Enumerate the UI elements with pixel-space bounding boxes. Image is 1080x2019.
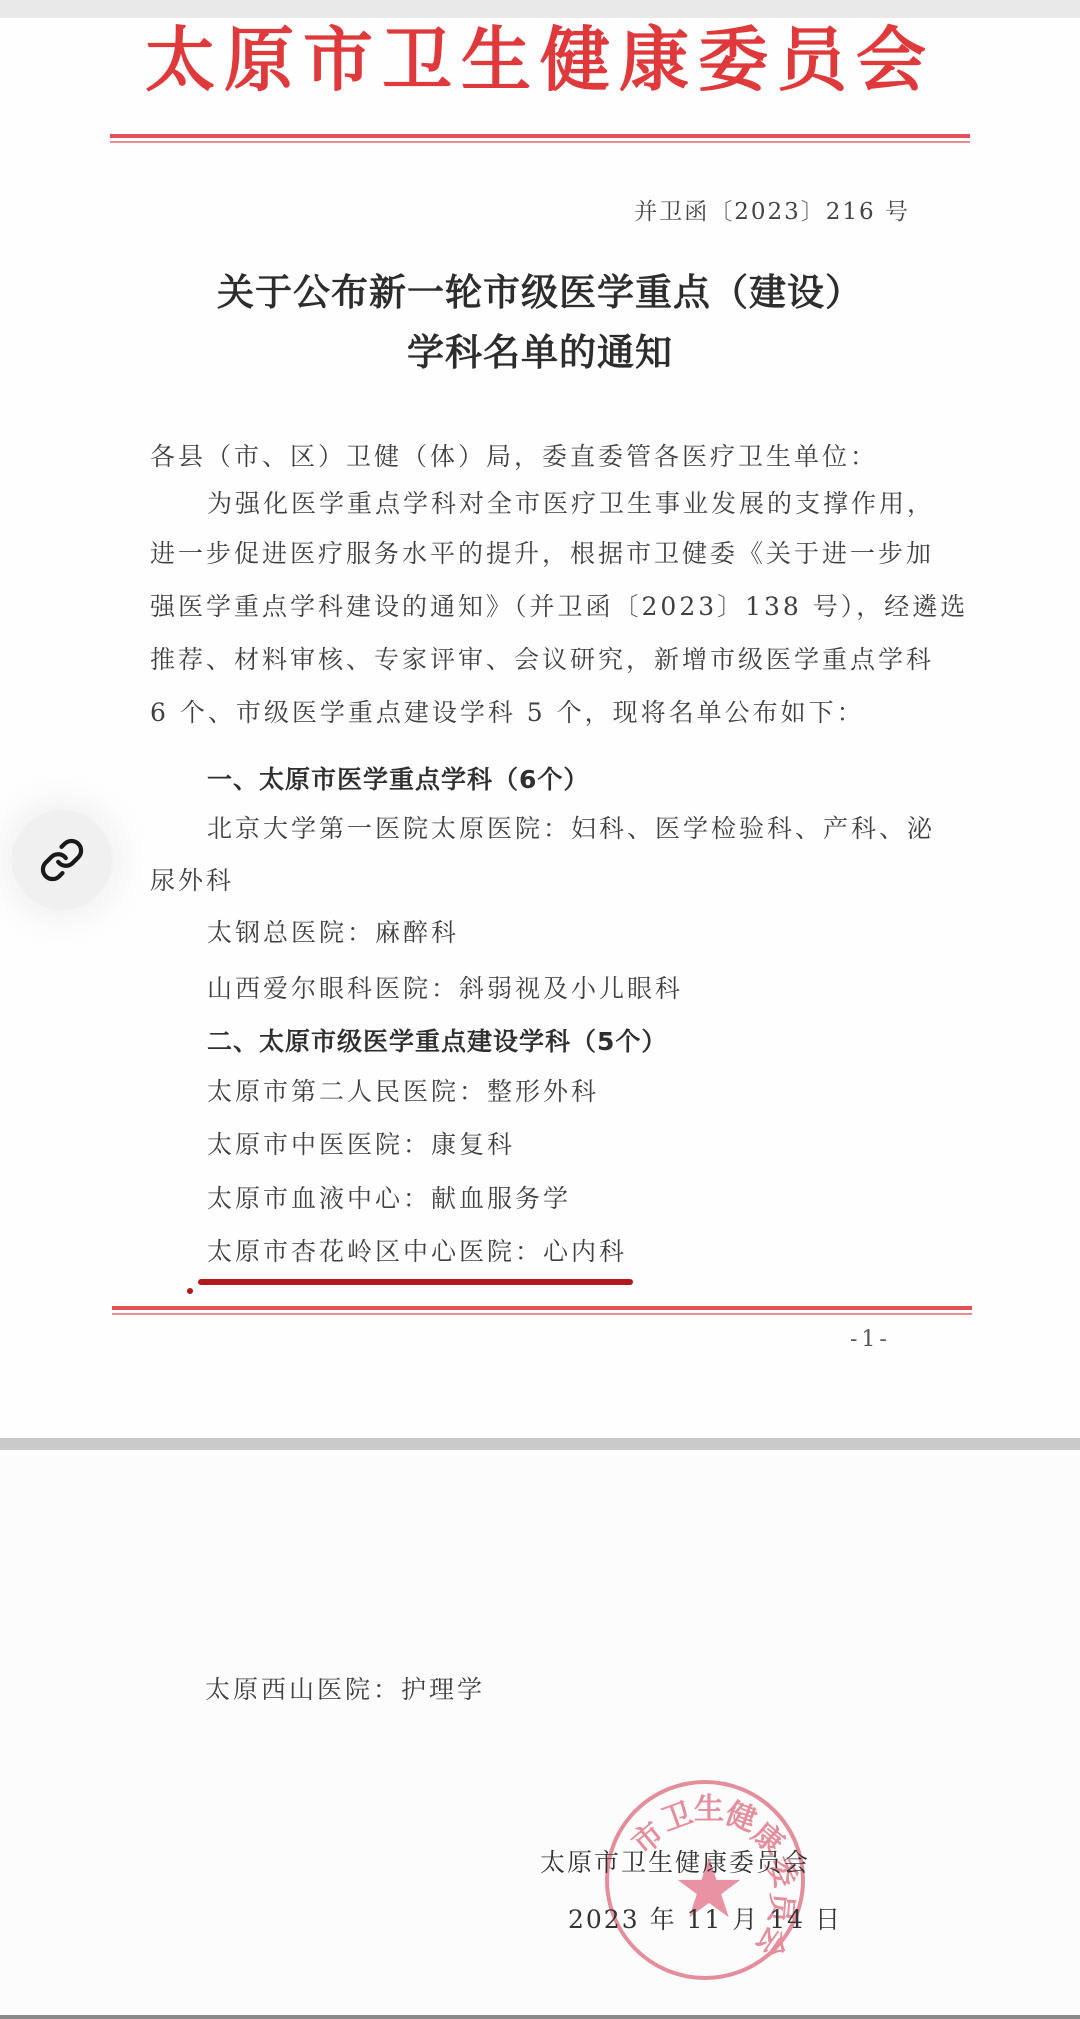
section2-item-highlighted: 太原市杏花岭区中心医院：心内科 (207, 1235, 627, 1269)
footer-rule-thick (112, 1306, 972, 1310)
section1-item: 山西爱尔眼科医院：斜弱视及小儿眼科 (207, 972, 683, 1006)
header-rule-thin (110, 141, 970, 143)
paragraph-line: 强医学重点学科建设的通知》（并卫函〔2023〕138 号），经遴选 (150, 590, 968, 624)
copy-link-button[interactable] (12, 810, 112, 910)
paragraph-line: 为强化医学重点学科对全市医疗卫生事业发展的支撑作用， (207, 487, 935, 521)
document-title-line2: 学科名单的通知 (0, 322, 1080, 376)
footer-rule-thin (112, 1313, 972, 1315)
paragraph-line: 进一步促进医疗服务水平的提升，根据市卫健委《关于进一步加 (150, 537, 934, 571)
document-title-line1: 关于公布新一轮市级医学重点（建设） (0, 262, 1080, 316)
seal-char: 生 (694, 1784, 724, 1828)
bottom-edge (0, 2015, 1080, 2019)
paragraph-line: 推荐、材料审核、专家评审、会议研究，新增市级医学重点学科 (150, 643, 934, 677)
official-seal: 市 卫 生 健 康 委 员 会 (605, 1780, 805, 1980)
masthead-title: 太原市卫生健康委员会 (0, 18, 1080, 102)
section1-item: 太钢总医院：麻醉科 (207, 916, 459, 950)
section2-heading: 二、太原市级医学重点建设学科（5个） (207, 1022, 667, 1058)
section1-item-continued: 尿外科 (150, 864, 234, 898)
header-rule-thick (110, 134, 970, 138)
section1-item: 北京大学第一医院太原医院：妇科、医学检验科、产科、泌 (207, 812, 935, 846)
document-number: 并卫函〔2023〕216 号 (634, 193, 910, 226)
handdrawn-underline (198, 1279, 633, 1285)
paragraph-line: 6 个、市级医学重点建设学科 5 个，现将名单公布如下： (150, 696, 865, 730)
section2-item: 太原市血液中心：献血服务学 (207, 1182, 571, 1216)
signature-date: 2023 年 11 月 14 日 (568, 1900, 842, 1936)
link-icon (39, 837, 85, 883)
section1-heading: 一、太原市医学重点学科（6个） (207, 760, 589, 796)
page-separator (0, 1438, 1080, 1450)
addressee: 各县（市、区）卫健（体）局，委直委管各医疗卫生单位： (150, 440, 878, 474)
page2-item: 太原西山医院：护理学 (205, 1673, 485, 1707)
section2-item: 太原市第二人民医院：整形外科 (207, 1075, 599, 1109)
handdrawn-dot (187, 1288, 193, 1294)
signature-organization: 太原市卫生健康委员会 (540, 1843, 810, 1879)
page-number: -1- (850, 1327, 891, 1352)
section2-item: 太原市中医医院：康复科 (207, 1128, 515, 1162)
document-page-2 (0, 1450, 1080, 2015)
